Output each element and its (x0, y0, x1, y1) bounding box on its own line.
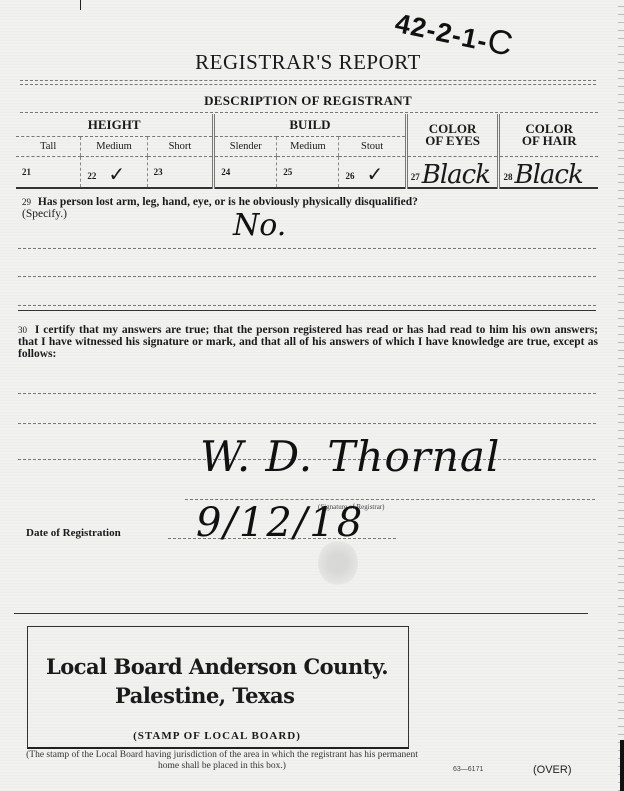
col-medium-build: Medium (277, 137, 339, 157)
question-30: 30 I certify that my answers are true; t… (18, 324, 598, 360)
cell-stout[interactable]: 26✓ (339, 157, 406, 189)
divider (20, 80, 596, 81)
pencil-mark (80, 0, 81, 10)
answer-line (18, 393, 596, 394)
question-30-text: I certify that my answers are true; that… (18, 324, 598, 360)
field-number: 23 (154, 167, 163, 177)
field-number: 28 (503, 172, 512, 182)
field-number: 24 (221, 167, 230, 177)
answer-line (18, 276, 596, 277)
answer-line (18, 248, 596, 249)
col-medium-height: Medium (81, 137, 147, 157)
col-slender: Slender (214, 137, 277, 157)
divider (20, 112, 598, 113)
cell-tall[interactable]: 21 (16, 157, 81, 189)
field-number: 25 (283, 167, 292, 177)
question-29-answer[interactable]: No. (233, 208, 286, 243)
cell-short[interactable]: 23 (147, 157, 214, 189)
field-number: 26 (345, 171, 354, 181)
field-number: 27 (411, 172, 420, 182)
section-title: DESCRIPTION OF REGISTRANT (0, 93, 616, 109)
color-of-eyes-label: COLOR OF EYES (423, 123, 483, 147)
divider (18, 310, 596, 311)
page-edge-shadow (620, 740, 624, 791)
color-of-hair-label: COLOR OF HAIR (519, 123, 579, 147)
date-of-registration-label: Date of Registration (26, 527, 121, 539)
question-29: 29 Has person lost arm, leg, hand, eye, … (22, 196, 602, 220)
field-number: 22 (87, 171, 96, 181)
question-number: 30 (18, 325, 27, 335)
cell-slender[interactable]: 24 (214, 157, 277, 189)
form-number: 63—6171 (453, 766, 483, 773)
specify-label: (Specify.) (22, 208, 67, 220)
field-number: 21 (22, 167, 31, 177)
stamp-line-1: Local Board Anderson County. (46, 654, 388, 679)
cell-medium-build[interactable]: 25 (277, 157, 339, 189)
page-edge (618, 0, 624, 791)
eye-color-value: Black (422, 160, 490, 190)
build-header: BUILD (214, 114, 406, 137)
height-header: HEIGHT (16, 114, 214, 137)
registrar-signature[interactable]: W. D. Thornal (200, 432, 500, 481)
page-title: REGISTRAR'S REPORT (0, 50, 616, 75)
answer-line (18, 423, 596, 424)
col-stout: Stout (339, 137, 406, 157)
question-number: 29 (22, 197, 31, 207)
description-table: HEIGHT BUILD COLOR OF EYES COLOR OF HAIR… (16, 114, 598, 189)
stamp-caption: (STAMP OF LOCAL BOARD) (27, 730, 407, 742)
question-29-text: Has person lost arm, leg, hand, eye, or … (38, 196, 418, 208)
embossed-seal-icon (318, 540, 358, 586)
stamp-line-2: Palestine, Texas (115, 683, 294, 708)
divider (14, 613, 588, 614)
col-short: Short (147, 137, 214, 157)
color-of-hair-header: COLOR OF HAIR (499, 114, 598, 157)
hair-color-value: Black (514, 160, 582, 190)
cell-medium-height[interactable]: 22✓ (81, 157, 147, 189)
registrar-report-page: 42-2-1-C REGISTRAR'S REPORT DESCRIPTION … (0, 0, 624, 791)
checkmark-icon: ✓ (366, 162, 383, 186)
cell-hair-color[interactable]: 28Black (499, 157, 598, 189)
color-of-eyes-header: COLOR OF EYES (406, 114, 499, 157)
answer-line (18, 305, 596, 306)
over-label: (OVER) (533, 764, 572, 776)
checkmark-icon: ✓ (108, 162, 125, 186)
divider (20, 84, 596, 85)
col-tall: Tall (16, 137, 81, 157)
stamp-footnote: (The stamp of the Local Board having jur… (22, 750, 422, 772)
cell-eye-color[interactable]: 27Black (406, 157, 499, 189)
